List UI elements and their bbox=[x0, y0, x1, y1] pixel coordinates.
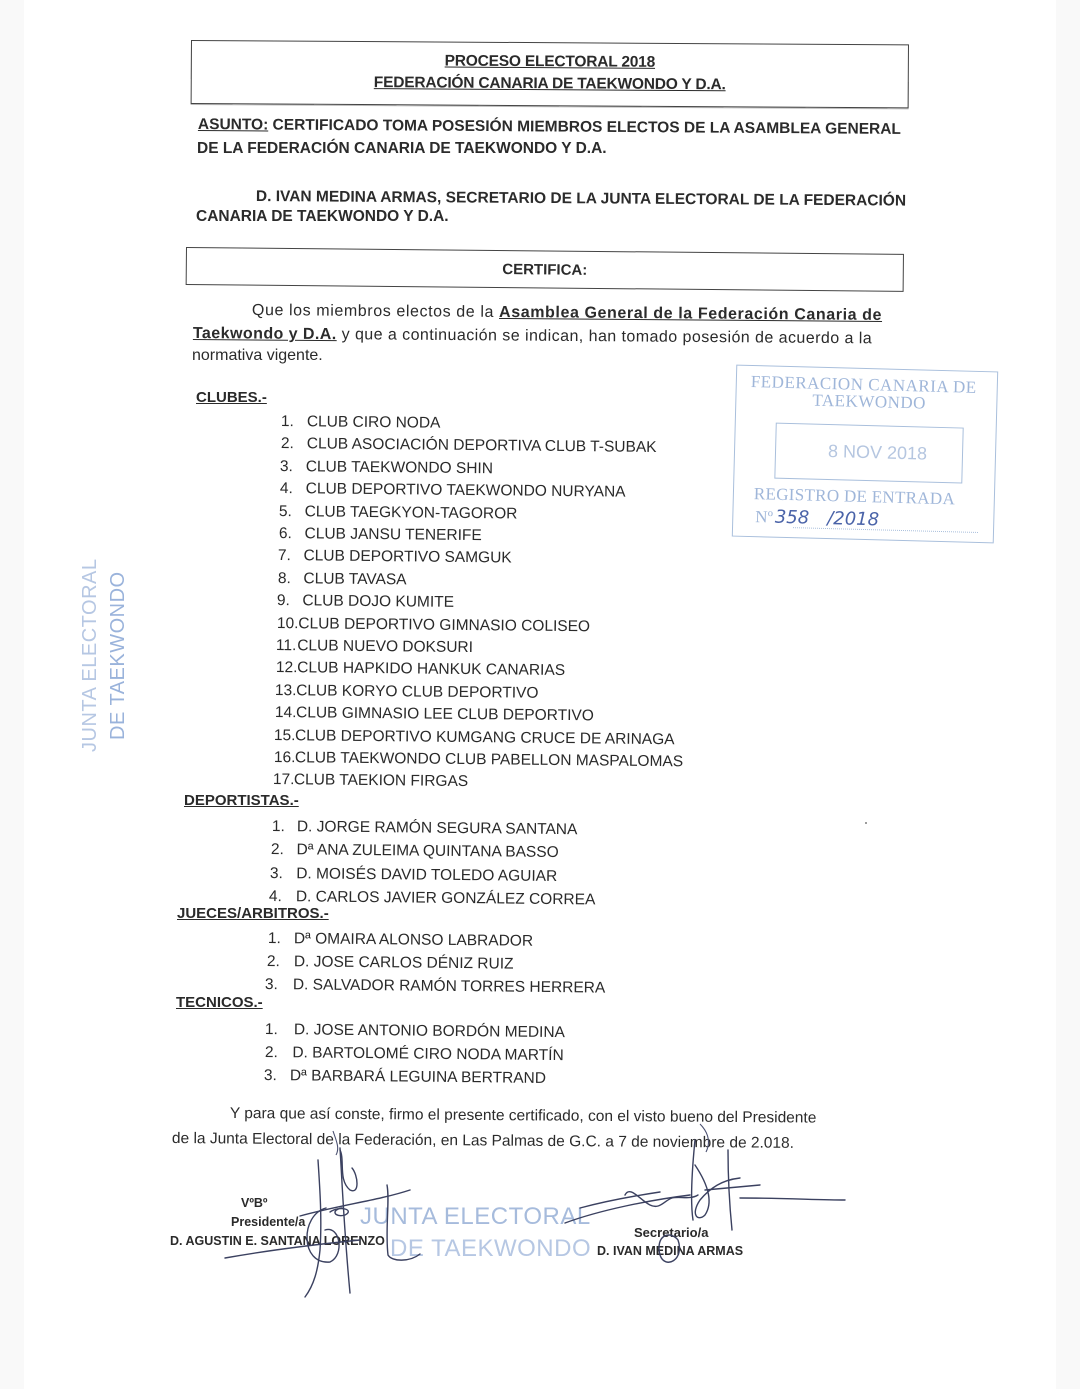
president-signature bbox=[225, 1148, 420, 1297]
handwritten-signatures bbox=[0, 0, 1080, 1389]
secretary-signature bbox=[565, 1140, 845, 1262]
signature-strikethrough-marks bbox=[333, 1124, 708, 1155]
speck bbox=[865, 822, 867, 824]
